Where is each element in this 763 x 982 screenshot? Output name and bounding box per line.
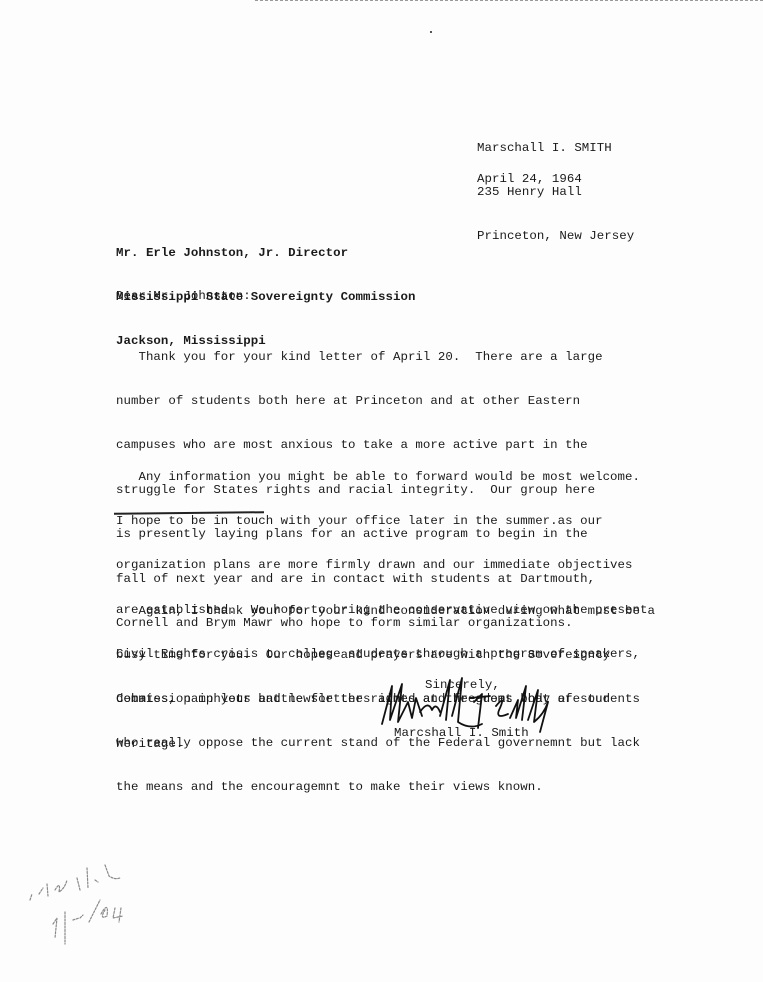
paper-speck <box>430 31 432 33</box>
paragraph-line: busy time for you. Our hopes and prayers… <box>116 648 655 663</box>
pencil-annotation <box>25 860 145 945</box>
paragraph-line: Again, I thank your for your kind consid… <box>116 604 655 619</box>
paragraph-line: the means and the encouragemnt to make t… <box>116 780 647 795</box>
letter-page: Marschall I. SMITH 235 Henry Hall Prince… <box>0 0 763 982</box>
sender-name: Marschall I. SMITH <box>477 141 634 156</box>
sender-street: 235 Henry Hall <box>477 185 634 200</box>
paragraph-line: number of students both here at Princeto… <box>116 394 603 409</box>
page-edge-border <box>255 0 763 1</box>
paragraph-line: Any information you might be able to for… <box>116 470 647 485</box>
salutation: Dear Mr. Johnston: <box>116 289 251 304</box>
paragraph-line: Thank you for your kind letter of April … <box>116 350 603 365</box>
paragraph-line: I hope to be in touch with your office l… <box>116 514 647 529</box>
recipient-name: Mr. Erle Johnston, Jr. Director <box>116 246 415 261</box>
typed-signature-name: Marcshall I. Smith <box>394 726 529 741</box>
paragraph-line: organization plans are more firmly drawn… <box>116 558 647 573</box>
sender-city: Princeton, New Jersey <box>477 229 634 244</box>
letter-date: April 24, 1964 <box>477 172 582 187</box>
sender-address: Marschall I. SMITH 235 Henry Hall Prince… <box>477 111 634 274</box>
